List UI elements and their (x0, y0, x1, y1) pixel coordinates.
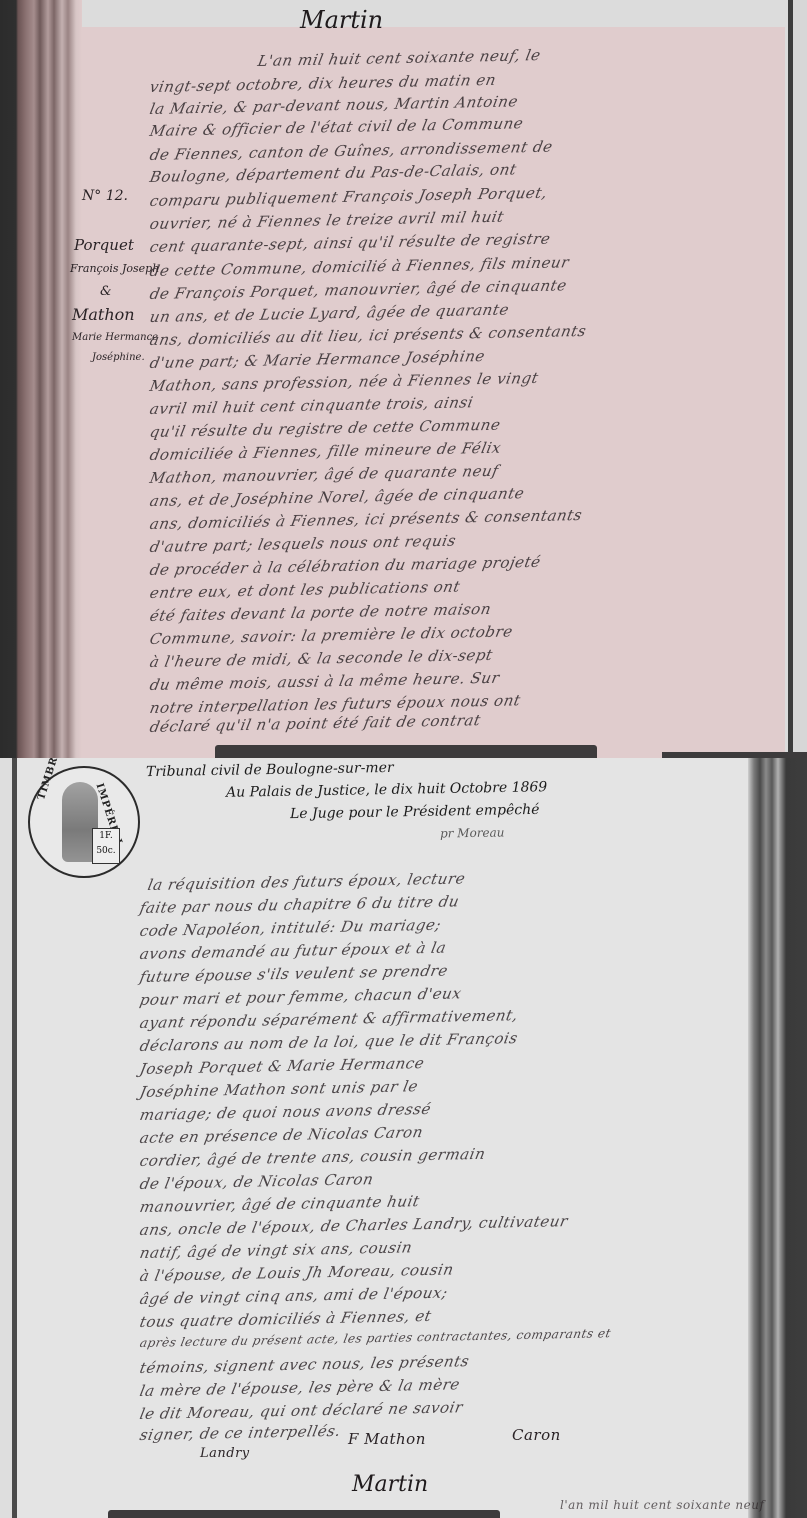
margin-conjunction: & (100, 284, 112, 299)
court-annotation-line: Tribunal civil de Boulogne-sur-mer (146, 760, 394, 780)
top-page-scan: Martin N° 12. Porquet François Joseph & … (0, 0, 807, 758)
book-binding-right (748, 758, 807, 1518)
body-line: Joseph Porquet & Marie Hermance (138, 1054, 426, 1078)
record-heading: Martin (300, 6, 383, 34)
body-line: ans, oncle de l'époux, de Charles Landry… (138, 1212, 569, 1239)
body-line: déclarons au nom de la loi, que le dit F… (138, 1029, 519, 1055)
stamp-value-centimes: 50c. (93, 844, 119, 859)
margin-bride-surname: Mathon (72, 305, 135, 324)
next-entry-fragment: l'an mil huit cent soixante neuf (560, 1498, 764, 1512)
body-line: mariage; de quoi nous avons dressé (138, 1100, 432, 1124)
tax-stamp-seal: TIMBRE IMPÉRIAL 1F. 50c. (28, 766, 140, 878)
body-line: la réquisition des futurs époux, lecture (146, 869, 467, 894)
margin-groom-surname: Porquet (74, 236, 134, 254)
court-annotation-line: Au Palais de Justice, le dix huit Octobr… (226, 779, 548, 801)
margin-groom-given: François Joseph (70, 262, 159, 275)
body-line: cordier, âgé de trente ans, cousin germa… (138, 1145, 487, 1170)
body-line: Joséphine Mathon sont unis par le (138, 1077, 419, 1101)
body-line: tous quatre domiciliés à Fiennes, et (138, 1307, 433, 1331)
stamp-label-left: TIMBRE (36, 758, 63, 801)
record-number: N° 12. (82, 188, 128, 204)
body-line: acte en présence de Nicolas Caron (138, 1123, 424, 1147)
signature-landry: Landry (200, 1446, 250, 1461)
body-line: après lecture du présent acte, les parti… (139, 1326, 613, 1350)
body-line: à l'épouse, de Louis Jh Moreau, cousin (138, 1260, 455, 1285)
body-line: future épouse s'ils veulent se prendre (138, 962, 449, 986)
court-annotation-line: Le Juge pour le Président empêché (290, 802, 540, 822)
overlay-bar (215, 745, 597, 758)
signature-mathon: F Mathon (348, 1430, 426, 1448)
body-line: avons demandé au futur époux et à la (138, 939, 448, 963)
signature-caron: Caron (512, 1426, 561, 1444)
body-line: faite par nous du chapitre 6 du titre du (138, 892, 461, 917)
book-binding-left (0, 0, 82, 758)
overlay-bar (108, 1510, 500, 1518)
margin-bride-given-1: Marie Hermance (72, 332, 158, 343)
body-line: âgé de vingt cinq ans, ami de l'époux; (138, 1284, 449, 1308)
page-edge-rule (12, 758, 17, 1518)
page-margin-strip (793, 0, 807, 758)
court-signature: pr Moreau (440, 825, 505, 840)
body-line: pour mari et pour femme, chacun d'eux (138, 984, 463, 1009)
body-line: signer, de ce interpellés. (138, 1422, 342, 1444)
stamp-value-box: 1F. 50c. (92, 828, 120, 864)
bottom-page-scan: TIMBRE IMPÉRIAL 1F. 50c. Tribunal civil … (0, 758, 807, 1518)
margin-bride-given-2: Joséphine. (92, 352, 145, 363)
body-line: le dit Moreau, qui ont déclaré ne savoir (138, 1398, 464, 1423)
signature-martin: Martin (352, 1472, 428, 1497)
body-line: la mère de l'épouse, les père & la mère (138, 1375, 461, 1400)
stamp-value-francs: 1F. (93, 829, 119, 844)
body-line: code Napoléon, intitulé: Du mariage; (138, 916, 443, 940)
body-line: témoins, signent avec nous, les présents (138, 1352, 471, 1377)
body-line: ayant répondu séparément & affirmativeme… (138, 1006, 519, 1032)
body-line: manouvrier, âgé de cinquante huit (138, 1192, 421, 1216)
body-line: de l'époux, de Nicolas Caron (138, 1170, 375, 1193)
previous-page-margin (0, 758, 12, 1518)
body-line: natif, âgé de vingt six ans, cousin (138, 1238, 414, 1262)
